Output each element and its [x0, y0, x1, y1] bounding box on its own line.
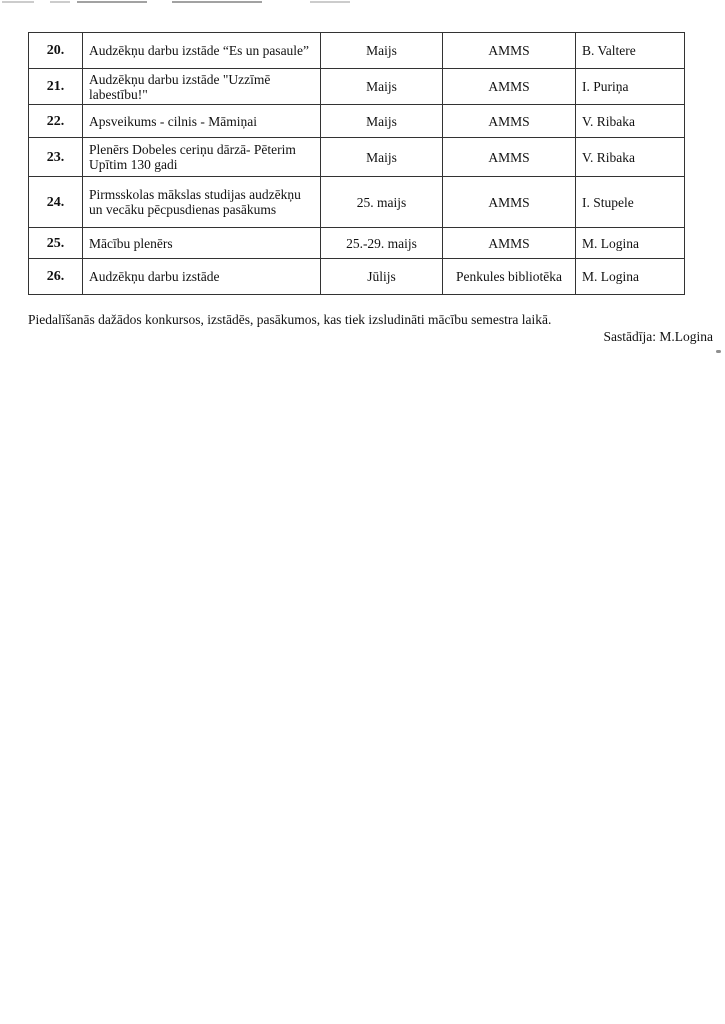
table-row: 23. Plenērs Dobeles ceriņu dārzā- Pēteri…	[29, 138, 685, 177]
event-place: AMMS	[443, 69, 576, 105]
scan-artifact-line	[172, 1, 262, 3]
row-number: 20.	[29, 33, 83, 69]
table-row: 26. Audzēkņu darbu izstāde Jūlijs Penkul…	[29, 259, 685, 295]
row-number: 24.	[29, 177, 83, 228]
event-date: Maijs	[321, 33, 443, 69]
event-place: AMMS	[443, 33, 576, 69]
event-date: Maijs	[321, 105, 443, 138]
scan-artifact-line	[310, 1, 350, 3]
scan-artifact-line	[77, 1, 147, 3]
event-date: 25.-29. maijs	[321, 228, 443, 259]
participation-note: Piedalīšanās dažādos konkursos, izstādēs…	[28, 312, 551, 328]
responsible-person: M. Logina	[576, 259, 685, 295]
event-title: Apsveikums - cilnis - Māmiņai	[83, 105, 321, 138]
event-date: Maijs	[321, 69, 443, 105]
event-title: Mācību plenērs	[83, 228, 321, 259]
compiled-by-signature: Sastādīja: M.Logina	[604, 329, 713, 345]
event-title: Audzēkņu darbu izstāde "Uzzīmē labestību…	[83, 69, 321, 105]
event-title: Plenērs Dobeles ceriņu dārzā- Pēterim Up…	[83, 138, 321, 177]
table-row: 25. Mācību plenērs 25.-29. maijs AMMS M.…	[29, 228, 685, 259]
events-table-body: 20. Audzēkņu darbu izstāde “Es un pasaul…	[29, 33, 685, 295]
scan-artifact-mark	[716, 350, 721, 353]
scan-artifact-line	[50, 1, 70, 3]
responsible-person: B. Valtere	[576, 33, 685, 69]
responsible-person: V. Ribaka	[576, 138, 685, 177]
responsible-person: M. Logina	[576, 228, 685, 259]
responsible-person: I. Stupele	[576, 177, 685, 228]
event-title: Pirmsskolas mākslas studijas audzēkņu un…	[83, 177, 321, 228]
table-row: 21. Audzēkņu darbu izstāde "Uzzīmē labes…	[29, 69, 685, 105]
row-number: 21.	[29, 69, 83, 105]
row-number: 26.	[29, 259, 83, 295]
row-number: 23.	[29, 138, 83, 177]
scan-artifact-line	[2, 1, 34, 3]
event-date: Maijs	[321, 138, 443, 177]
row-number: 22.	[29, 105, 83, 138]
table-row: 20. Audzēkņu darbu izstāde “Es un pasaul…	[29, 33, 685, 69]
table-row: 22. Apsveikums - cilnis - Māmiņai Maijs …	[29, 105, 685, 138]
event-place: Penkules bibliotēka	[443, 259, 576, 295]
event-date: Jūlijs	[321, 259, 443, 295]
row-number: 25.	[29, 228, 83, 259]
event-date: 25. maijs	[321, 177, 443, 228]
event-place: AMMS	[443, 138, 576, 177]
event-place: AMMS	[443, 228, 576, 259]
table-row: 24. Pirmsskolas mākslas studijas audzēkņ…	[29, 177, 685, 228]
event-place: AMMS	[443, 177, 576, 228]
responsible-person: V. Ribaka	[576, 105, 685, 138]
event-place: AMMS	[443, 105, 576, 138]
event-title: Audzēkņu darbu izstāde “Es un pasaule”	[83, 33, 321, 69]
responsible-person: I. Puriņa	[576, 69, 685, 105]
events-table: 20. Audzēkņu darbu izstāde “Es un pasaul…	[28, 32, 685, 295]
event-title: Audzēkņu darbu izstāde	[83, 259, 321, 295]
